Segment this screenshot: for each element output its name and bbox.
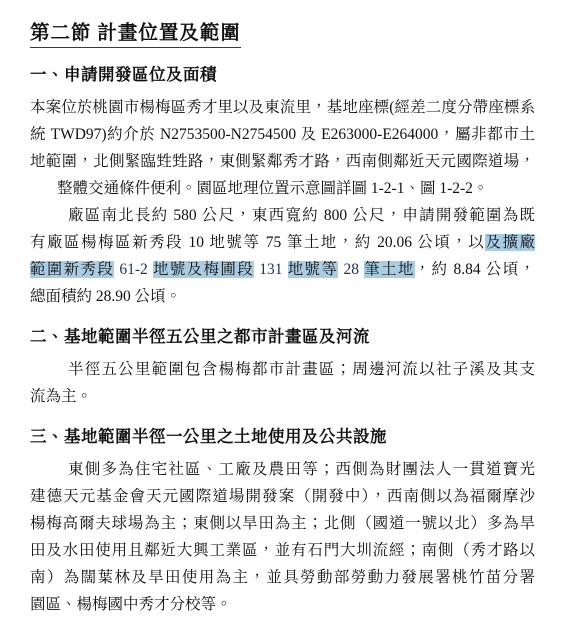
text-run: 半徑五公里範圍包含楊梅都市計畫區；周邊河流以社子溪及其支 <box>68 361 535 378</box>
section-2-heading: 二、基地範圍半徑五公里之都市計畫區及河流 <box>30 323 535 350</box>
text-line: 整體交通條件便利。園區地理位置示意圖詳圖 1-2-1、圖 1-2-2。 <box>30 175 535 202</box>
text-run: 總面積約 28.90 公頃。 <box>30 288 181 305</box>
highlighted-text: 地號及梅圃段 <box>153 261 254 278</box>
text-run: 地範圍，北側緊臨甡甡路，東側緊鄰秀才路，西南側鄰近天元國際道場， <box>30 153 535 170</box>
inserted-number: 131 <box>259 261 282 278</box>
highlighted-text: 範圍新秀段 <box>30 261 114 278</box>
text-line: 田及水田使用且鄰近大興工業區，並有石門大圳流經；南側（秀才路以 <box>30 537 535 564</box>
section-title: 第二節 計畫位置及範圍 <box>30 20 535 47</box>
text-run: 整體交通條件便利。園區地理位置示意圖詳圖 1-2-1、圖 1-2-2。 <box>57 180 488 197</box>
text-run: 廠區南北長約 580 公尺，東西寬約 800 公尺，申請開發範圍為既 <box>68 207 535 224</box>
text-line: 東側多為住宅社區、工廠及農田等；西側為財團法人一貫道寶光 <box>30 456 535 483</box>
text-line: 範圍新秀段 61-2 地號及梅圃段 131 地號等 28 筆土地，約 8.84 … <box>30 256 535 283</box>
text-run: 東側多為住宅社區、工廠及農田等；西側為財團法人一貫道寶光 <box>68 461 535 478</box>
text-run: 本案位於桃園市楊梅區秀才里以及東流里，基地座標(經差二度分帶座標系 <box>30 99 535 116</box>
section-title-text: 第二節 計畫位置及範圍 <box>30 23 241 48</box>
document-body: 一、申請開發區位及面積本案位於桃園市楊梅區秀才里以及東流里，基地座標(經差二度分… <box>30 61 535 618</box>
para-urban-plan-rivers: 半徑五公里範圍包含楊梅都市計畫區；周邊河流以社子溪及其支流為主。 <box>30 356 535 410</box>
highlighted-text: 筆土地 <box>364 261 415 278</box>
text-line: 統 TWD97)約介於 N2753500-N2754500 及 E263000-… <box>30 121 535 148</box>
text-line: 廠區南北長約 580 公尺，東西寬約 800 公尺，申請開發範圍為既 <box>30 202 535 229</box>
text-line: 流為主。 <box>30 383 535 410</box>
text-line: 園區、楊梅國中秀才分校等。 <box>30 591 535 618</box>
text-run: 田及水田使用且鄰近大興工業區，並有石門大圳流經；南側（秀才路以 <box>30 542 535 559</box>
document-page: 第二節 計畫位置及範圍 一、申請開發區位及面積本案位於桃園市楊梅區秀才里以及東流… <box>0 0 565 640</box>
text-run: 建德天元基金會天元國際道場開發案（開發中），西南側以為福爾摩沙 <box>30 488 535 505</box>
text-run: 統 TWD97)約介於 N2753500-N2754500 及 E263000-… <box>30 126 535 143</box>
text-run: 流為主。 <box>30 388 92 405</box>
text-run: 有廠區楊梅區新秀段 10 地號等 75 筆土地，約 20.06 公頃，以 <box>30 234 485 251</box>
section-1-heading: 一、申請開發區位及面積 <box>30 61 535 88</box>
inserted-number: 28 <box>343 261 359 278</box>
section-3-heading: 三、基地範圍半徑一公里之土地使用及公共設施 <box>30 423 535 450</box>
text-line: 建德天元基金會天元國際道場開發案（開發中），西南側以為福爾摩沙 <box>30 483 535 510</box>
text-run <box>283 261 288 278</box>
para-site-location: 本案位於桃園市楊梅區秀才里以及東流里，基地座標(經差二度分帶座標系統 TWD97… <box>30 94 535 202</box>
inserted-number: 61-2 <box>119 261 147 278</box>
highlighted-text: 及擴廠 <box>485 234 535 251</box>
text-line: 本案位於桃園市楊梅區秀才里以及東流里，基地座標(經差二度分帶座標系 <box>30 94 535 121</box>
text-line: 楊梅高爾夫球場為主；東側以旱田為主；北側（國道一號以北）多為旱 <box>30 510 535 537</box>
text-line: 有廠區楊梅區新秀段 10 地號等 75 筆土地，約 20.06 公頃，以及擴廠 <box>30 229 535 256</box>
para-site-area: 廠區南北長約 580 公尺，東西寬約 800 公尺，申請開發範圍為既有廠區楊梅區… <box>30 202 535 310</box>
text-run: 園區、楊梅國中秀才分校等。 <box>30 596 232 613</box>
text-run: ，約 8.84 公頃， <box>415 261 535 278</box>
text-line: 半徑五公里範圍包含楊梅都市計畫區；周邊河流以社子溪及其支 <box>30 356 535 383</box>
text-line: 總面積約 28.90 公頃。 <box>30 283 535 310</box>
text-line: 南）為闊葉林及旱田使用為主，並具勞動部勞動力發展署桃竹苗分署 <box>30 564 535 591</box>
text-run: 楊梅高爾夫球場為主；東側以旱田為主；北側（國道一號以北）多為旱 <box>30 515 535 532</box>
text-run: 南）為闊葉林及旱田使用為主，並具勞動部勞動力發展署桃竹苗分署 <box>30 569 535 586</box>
text-line: 地範圍，北側緊臨甡甡路，東側緊鄰秀才路，西南側鄰近天元國際道場， <box>30 148 535 175</box>
highlighted-text: 地號等 <box>288 261 339 278</box>
para-landuse-facilities: 東側多為住宅社區、工廠及農田等；西側為財團法人一貫道寶光建德天元基金會天元國際道… <box>30 456 535 618</box>
